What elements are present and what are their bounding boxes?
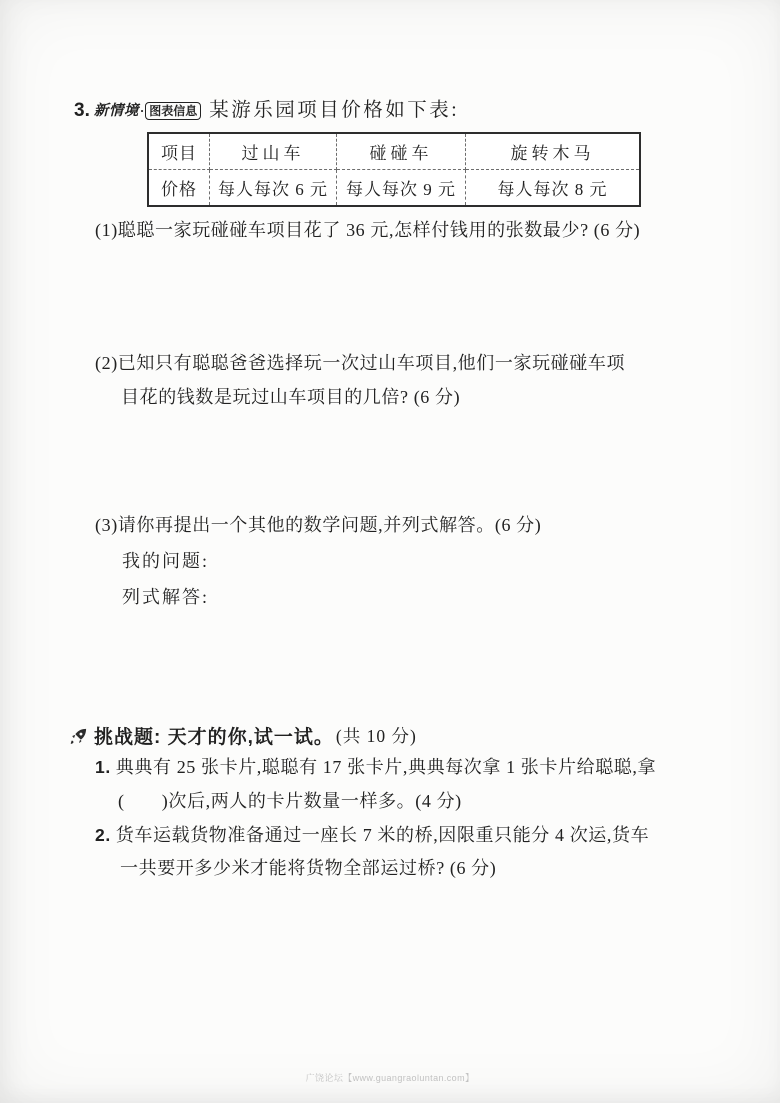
question3-part1-text: (1)聪聪一家玩碰碰车项目花了 36 元,怎样付钱用的张数最少? (6 分) <box>95 219 640 242</box>
rocket-icon <box>69 727 88 746</box>
challenge-q2-line2: 一共要开多少米才能将货物全部运过桥? (6 分) <box>120 857 496 880</box>
worksheet-page: { "question3": { "number": "3.", "badge"… <box>0 0 780 1103</box>
challenge-q1-line2: ( )次后,两人的卡片数量一样多。(4 分) <box>118 790 462 813</box>
challenge-total-score: (共 10 分) <box>336 723 417 748</box>
table-cell-price-carousel: 每人每次 8 元 <box>466 170 641 207</box>
challenge-q1-line1: 1. 典典有 25 张卡片,聪聪有 17 张卡片,典典每次拿 1 张卡片给聪聪,… <box>95 756 656 779</box>
new-context-badge: 新情境 · 图表信息 <box>94 99 201 123</box>
badge-new-context-label: 新情境 <box>94 99 139 123</box>
question3-heading: 3. 新情境 · 图表信息 某游乐园项目价格如下表: <box>74 99 459 123</box>
question3-part2-line2: 目花的钱数是玩过山车项目的几倍? (6 分) <box>121 386 460 409</box>
challenge-q1-number: 1. <box>95 756 111 779</box>
challenge-q1-text: 典典有 25 张卡片,聪聪有 17 张卡片,典典每次拿 1 张卡片给聪聪,拿 <box>116 756 656 779</box>
table-cell-price-roller-coaster: 每人每次 6 元 <box>210 170 337 207</box>
table-cell-price-label: 价格 <box>148 170 210 207</box>
table-cell-item-label: 项目 <box>148 133 210 170</box>
footer-watermark: 广饶论坛【www.guangraoluntan.com】 <box>306 1071 475 1084</box>
table-cell-bumper-car: 碰碰车 <box>337 133 466 170</box>
question3-part2-line1: (2)已知只有聪聪爸爸选择玩一次过山车项目,他们一家玩碰碰车项 <box>95 352 625 375</box>
badge-chart-info-label: 图表信息 <box>145 102 201 120</box>
challenge-q2-line1: 2. 货车运载货物准备通过一座长 7 米的桥,因限重只能分 4 次运,货车 <box>95 824 649 847</box>
question3-intro-text: 某游乐园项目价格如下表: <box>209 99 459 123</box>
challenge-q2-number: 2. <box>95 824 111 847</box>
challenge-q2-text: 货车运载货物准备通过一座长 7 米的桥,因限重只能分 4 次运,货车 <box>116 824 649 847</box>
question3-number: 3. <box>74 99 90 123</box>
price-table-container: 项目 过山车 碰碰车 旋转木马 价格 每人每次 6 元 每人每次 9 元 每人每… <box>147 132 641 207</box>
question3-part3-my-question-prompt: 我的问题: <box>122 550 209 573</box>
table-cell-carousel: 旋转木马 <box>466 133 641 170</box>
table-row-items: 项目 过山车 碰碰车 旋转木马 <box>148 133 640 170</box>
price-table: 项目 过山车 碰碰车 旋转木马 价格 每人每次 6 元 每人每次 9 元 每人每… <box>147 132 641 207</box>
question3-part3-text: (3)请你再提出一个其他的数学问题,并列式解答。(6 分) <box>95 514 541 537</box>
challenge-title: 挑战题: 天才的你,试一试。 <box>94 722 334 749</box>
challenge-heading: 挑战题: 天才的你,试一试。 (共 10 分) <box>69 722 417 749</box>
table-cell-price-bumper-car: 每人每次 9 元 <box>337 170 466 207</box>
table-cell-roller-coaster: 过山车 <box>210 133 337 170</box>
badge-separator-dot: · <box>140 99 144 123</box>
question3-part3-solution-prompt: 列式解答: <box>122 586 209 609</box>
table-row-prices: 价格 每人每次 6 元 每人每次 9 元 每人每次 8 元 <box>148 170 640 207</box>
